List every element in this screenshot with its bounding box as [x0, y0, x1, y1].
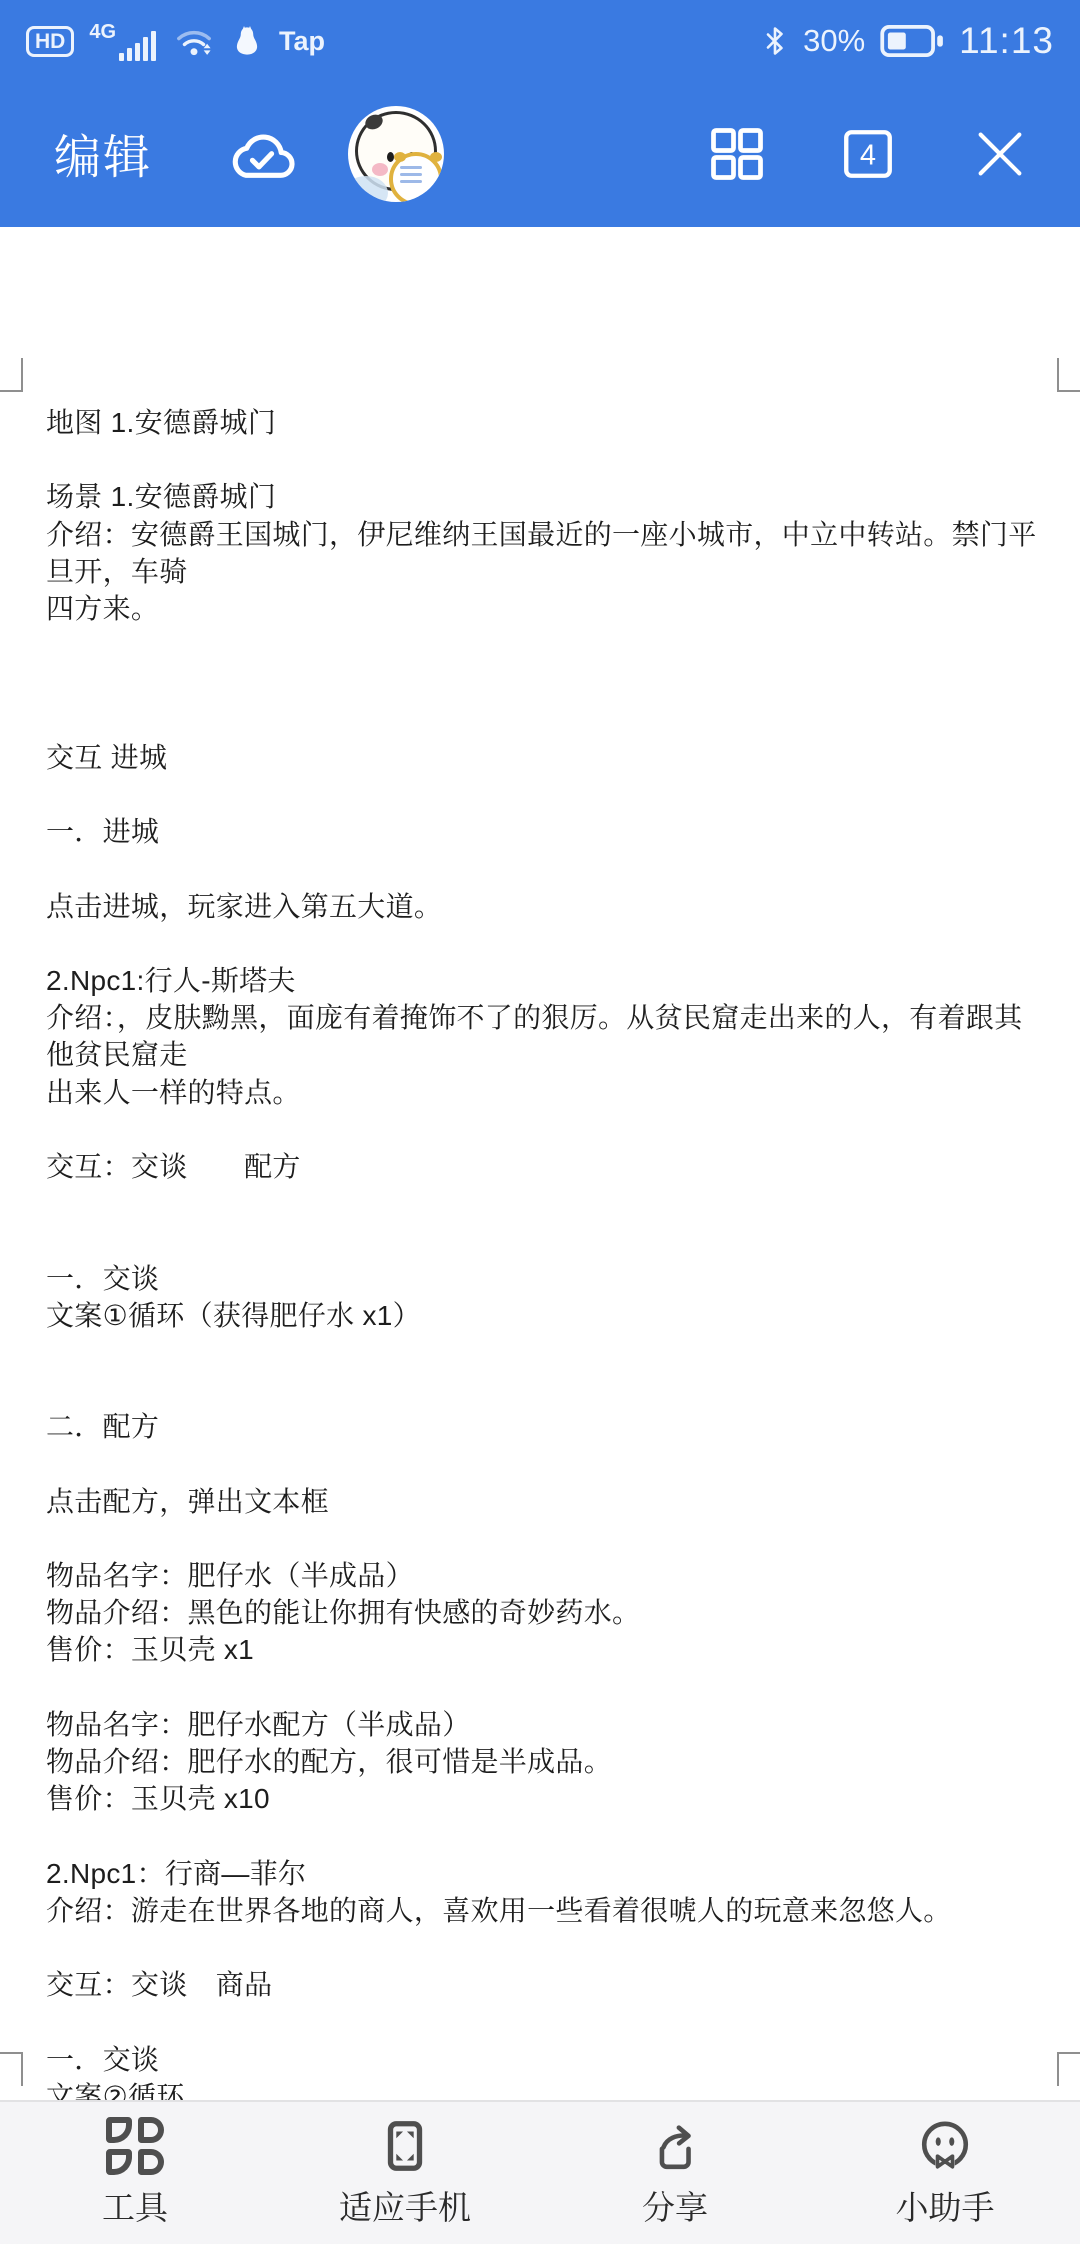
doc-line: 交互 进城: [46, 739, 1038, 776]
cloud-sync-icon[interactable]: [223, 122, 301, 186]
page-corner-mark: [1057, 2052, 1059, 2086]
nav-item-tools[interactable]: 工具: [0, 2102, 270, 2244]
doc-line: 物品介绍：肥仔水的配方，很可惜是半成品。: [46, 1743, 1038, 1780]
page-corner-mark: [1057, 358, 1059, 392]
fit-phone-icon: [376, 2117, 434, 2175]
doc-line: [46, 1334, 1038, 1371]
nav-label: 工具: [102, 2182, 168, 2229]
doc-line: [46, 1111, 1038, 1148]
doc-line: 一．交谈: [46, 2041, 1038, 2078]
signal-bars-icon: [118, 27, 158, 63]
document-lines: 地图 1.安德爵城门场景 1.安德爵城门介绍：安德爵王国城门，伊尼维纳王国最近的…: [46, 404, 1038, 2115]
doc-line: [46, 925, 1038, 962]
doc-line: 物品名字：肥仔水配方（半成品）: [46, 1706, 1038, 1743]
page-corner-mark: [1057, 2052, 1080, 2054]
user-avatar[interactable]: [348, 106, 444, 202]
doc-line: 售价：玉贝壳 x10: [46, 1780, 1038, 1817]
cellular-signal-icon: 4G: [89, 19, 158, 63]
page-count-value: 4: [860, 140, 876, 172]
doc-line: 四方来。: [46, 590, 1038, 627]
avatar-blush: [372, 163, 388, 176]
hd-icon: HD: [26, 26, 74, 57]
doc-line: 场景 1.安德爵城门: [46, 478, 1038, 515]
doc-line: 点击配方，弹出文本框: [46, 1483, 1038, 1520]
page-count-button[interactable]: 4: [839, 125, 897, 183]
doc-line: 出来人一样的特点。: [46, 1074, 1038, 1111]
doc-line: [46, 1929, 1038, 1966]
doc-line: [46, 1817, 1038, 1854]
doc-line: [46, 441, 1038, 478]
page-corner-mark: [21, 2052, 23, 2086]
status-bar: HD 4G: [0, 0, 1080, 82]
tap-notification-label: Tap: [279, 26, 325, 57]
doc-line: [46, 2003, 1038, 2040]
avatar-eye: [387, 152, 394, 162]
nav-label: 分享: [642, 2182, 708, 2229]
nav-item-share[interactable]: 分享: [540, 2102, 810, 2244]
edit-mode-title[interactable]: 编辑: [54, 121, 152, 188]
bluetooth-icon: [762, 23, 788, 59]
doc-line: [46, 1520, 1038, 1557]
doc-line: [46, 1185, 1038, 1222]
nav-item-assistant[interactable]: 小助手: [810, 2102, 1080, 2244]
page-corner-mark: [21, 358, 23, 392]
bottom-toolbar: 工具 适应手机 分享: [0, 2100, 1080, 2244]
network-type-label: 4G: [89, 21, 116, 44]
page-corner-mark: [1057, 390, 1080, 392]
doc-line: [46, 1371, 1038, 1408]
doc-line: [46, 627, 1038, 664]
qq-penguin-icon: [230, 21, 264, 61]
doc-line: 一．进城: [46, 813, 1038, 850]
assistant-face-icon: [916, 2117, 974, 2175]
doc-line: [46, 702, 1038, 739]
page-corner-mark: [0, 390, 23, 392]
doc-line: [46, 850, 1038, 887]
doc-line: 介绍：，皮肤黝黑，面庞有着掩饰不了的狠厉。从贫民窟走出来的人，有着跟其他贫民窟走: [46, 999, 1038, 1073]
doc-line: 2.Npc1：行商—菲尔: [46, 1855, 1038, 1892]
battery-percent-label: 30%: [803, 23, 865, 59]
doc-line: [46, 1669, 1038, 1706]
avatar-clock-ear: [394, 152, 406, 162]
doc-line: [46, 1446, 1038, 1483]
doc-line: 介绍：安德爵王国城门，伊尼维纳王国最近的一座小城市，中立中转站。禁门平旦开，车骑: [46, 516, 1038, 590]
avatar-clock-ear: [430, 152, 442, 162]
doc-line: [46, 1222, 1038, 1259]
close-icon[interactable]: [969, 123, 1031, 185]
doc-line: [46, 776, 1038, 813]
nav-label: 适应手机: [339, 2182, 471, 2229]
doc-line: 交互：交谈 商品: [46, 1966, 1038, 2003]
doc-line: 点击进城，玩家进入第五大道。: [46, 888, 1038, 925]
doc-line: [46, 664, 1038, 701]
tools-grid-icon: [106, 2117, 164, 2175]
doc-line: 文案①循环（获得肥仔水 x1）: [46, 1297, 1038, 1334]
doc-line: 地图 1.安德爵城门: [46, 404, 1038, 441]
doc-line: 2.Npc1:行人-斯塔夫: [46, 962, 1038, 999]
wifi-icon: [173, 22, 215, 60]
doc-line: 一．交谈: [46, 1260, 1038, 1297]
wps-editor-screen: HD 4G: [0, 0, 1080, 2244]
battery-icon: [880, 21, 944, 61]
doc-line: 介绍：游走在世界各地的商人，喜欢用一些看着很唬人的玩意来忽悠人。: [46, 1892, 1038, 1929]
doc-line: 二．配方: [46, 1408, 1038, 1445]
doc-line: 交互：交谈 配方: [46, 1148, 1038, 1185]
status-left: HD 4G: [26, 19, 325, 63]
nav-item-fit-phone[interactable]: 适应手机: [270, 2102, 540, 2244]
share-icon: [646, 2117, 704, 2175]
clock-label: 11:13: [959, 20, 1054, 62]
page-corner-mark: [0, 2052, 23, 2054]
doc-line: 售价：玉贝壳 x1: [46, 1631, 1038, 1668]
status-right: 30% 11:13: [762, 20, 1054, 62]
nav-label: 小助手: [896, 2182, 995, 2229]
app-toolbar: 编辑 4: [0, 82, 1080, 227]
components-grid-button[interactable]: [707, 124, 767, 184]
doc-line: 物品名字：肥仔水（半成品）: [46, 1557, 1038, 1594]
doc-line: 物品介绍：黑色的能让你拥有快感的奇妙药水。: [46, 1594, 1038, 1631]
